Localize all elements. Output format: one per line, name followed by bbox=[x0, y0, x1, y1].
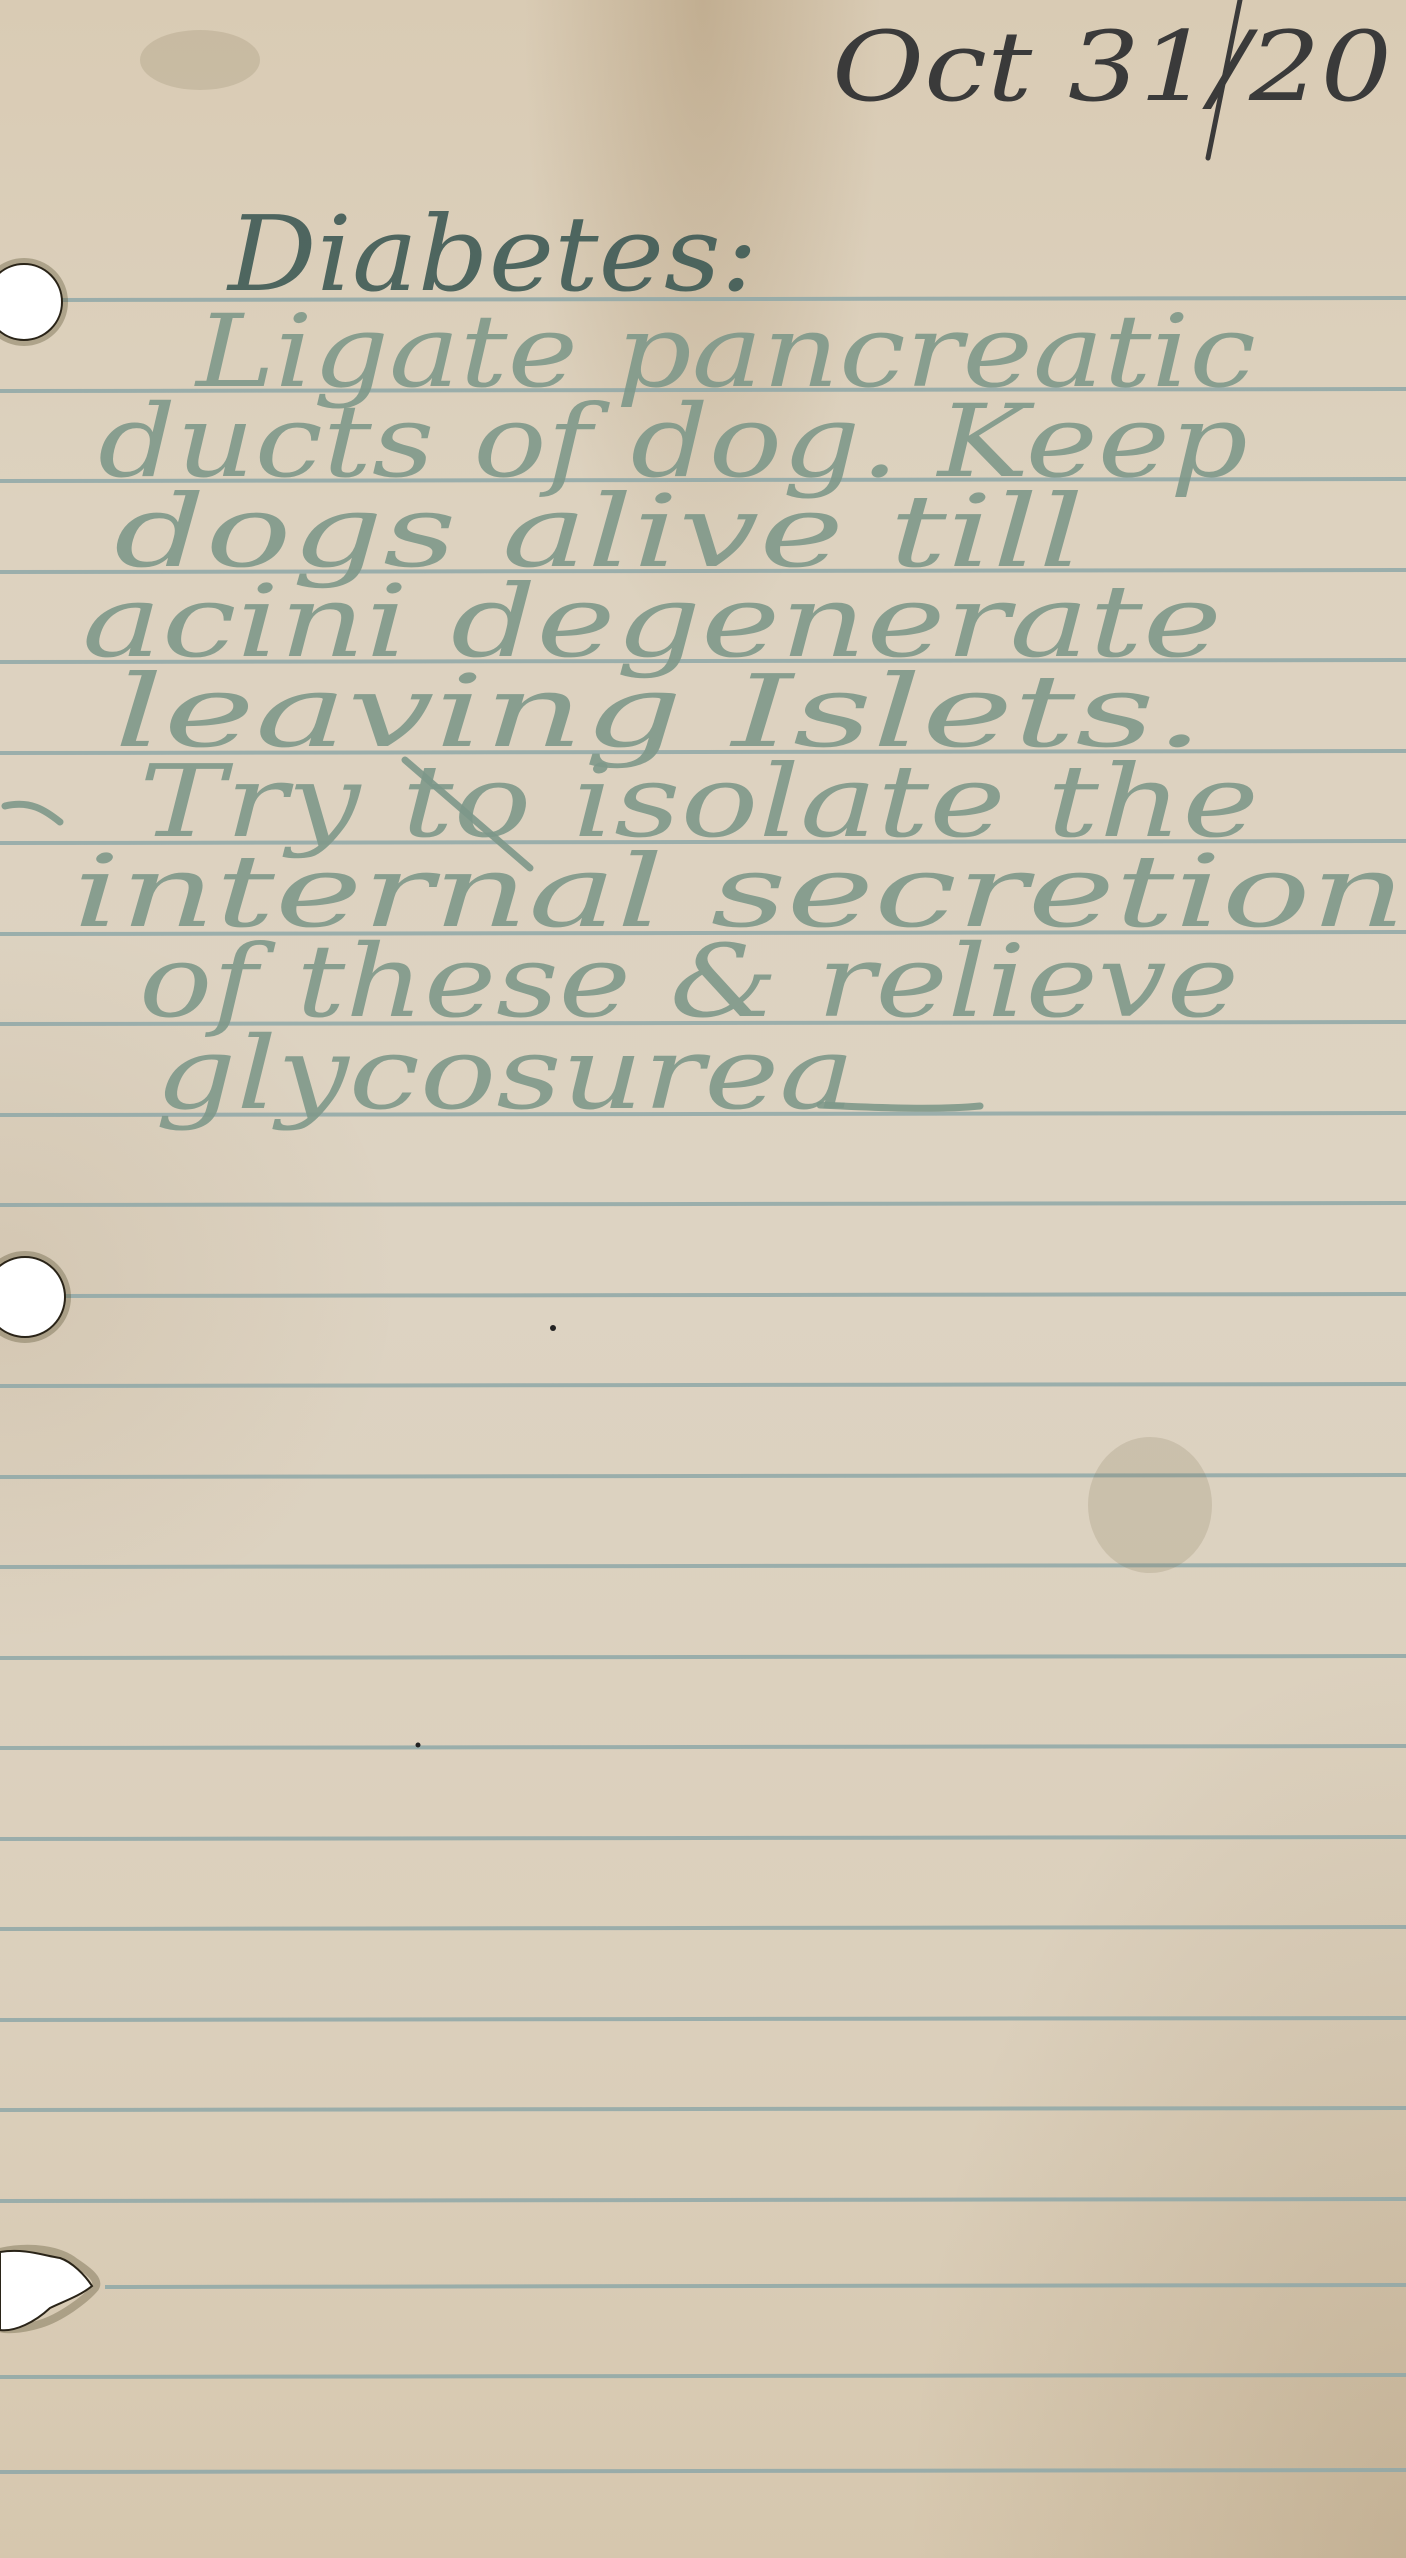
note-line: glycosurea bbox=[155, 1015, 855, 1132]
handwritten-notes: Ligate pancreatic ducts of dog. Keep dog… bbox=[5, 293, 1406, 1132]
trailing-flourish bbox=[820, 1105, 980, 1108]
page-canvas: Oct 31/20 Diabetes: Ligate pancreatic du… bbox=[0, 0, 1406, 2558]
notebook-page: Oct 31/20 Diabetes: Ligate pancreatic du… bbox=[0, 0, 1406, 2558]
page-date: Oct 31/20 bbox=[832, 11, 1392, 123]
date-annotation: Oct 31/20 bbox=[832, 0, 1392, 158]
margin-dash bbox=[5, 804, 60, 822]
